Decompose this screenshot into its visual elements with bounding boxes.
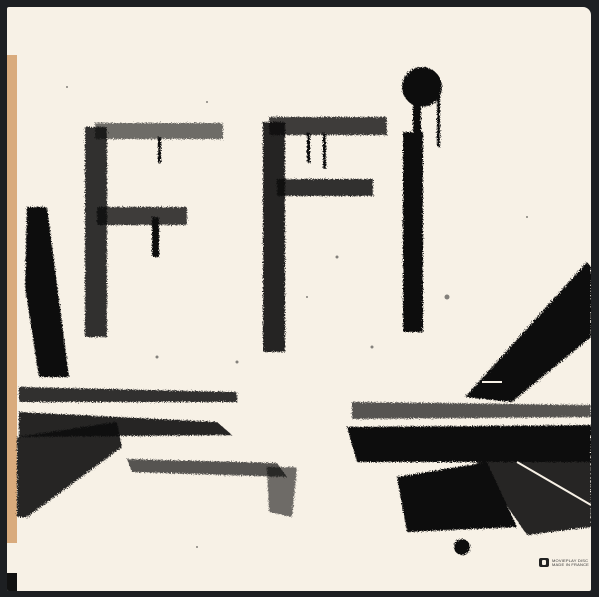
record-label-logo: MOVIEPLAY DISC MADE IN FRANCE — [539, 558, 589, 567]
graffiti-letters — [85, 67, 442, 352]
label-line-2: MADE IN FRANCE — [552, 563, 589, 567]
graffiti-artwork — [7, 7, 591, 591]
record-label-logo-icon — [539, 558, 549, 567]
album-cover: MOVIEPLAY DISC MADE IN FRANCE — [7, 7, 591, 591]
record-label-text: MOVIEPLAY DISC MADE IN FRANCE — [552, 559, 589, 567]
